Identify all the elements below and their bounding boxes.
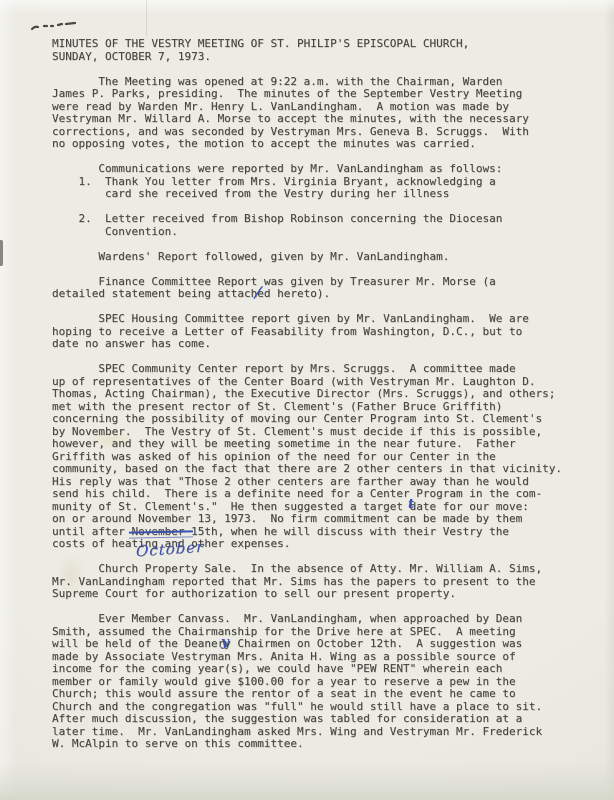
text-line: send his child. There is a definite need… — [52, 488, 592, 501]
page-text: MINUTES OF THE VESTRY MEETING OF ST. PHI… — [52, 38, 592, 763]
text-line: After much discussion, the suggestion wa… — [52, 713, 592, 726]
paragraph-wardens-report: Wardens' Report followed, given by Mr. V… — [52, 251, 592, 264]
text-line: Communications were reported by Mr. VanL… — [52, 163, 592, 176]
paper-crease — [146, 0, 147, 36]
text-line: Vestryman Mr. Willard A. Morse to accept… — [52, 113, 592, 126]
text-line: Wardens' Report followed, given by Mr. V… — [52, 251, 592, 264]
paragraph-church-property-sale: Church Property Sale. In the absence of … — [52, 563, 592, 601]
text-line: card she received from the Vestry during… — [52, 188, 592, 201]
text-line: 2. Letter received from Bishop Robinson … — [52, 213, 592, 226]
text-line: Supreme Court for authorization to sell … — [52, 588, 592, 601]
text-line: MINUTES OF THE VESTRY MEETING OF ST. PHI… — [52, 38, 592, 51]
ink-caret-mark — [253, 286, 272, 299]
ink-correction-te: t — [408, 498, 414, 511]
pen-squiggle-icon — [30, 19, 80, 33]
paragraph-finance-report: Finance Committee Report was given by Tr… — [52, 276, 592, 301]
paragraph-communications-item-2: 2. Letter received from Bishop Robinson … — [52, 213, 592, 238]
paragraph-ever-member-canvass: Ever Member Canvass. Mr. VanLandingham, … — [52, 613, 592, 751]
text-line: W. McAlpin to serve on this committee. — [52, 738, 592, 751]
ink-handwritten-y: y — [221, 636, 229, 649]
text-line: Convention. — [52, 226, 592, 239]
scanned-page: MINUTES OF THE VESTRY MEETING OF ST. PHI… — [0, 0, 614, 800]
text-line: costs of heating and other expenses.Octo… — [52, 538, 592, 551]
text-line: detailed statement being attached hereto… — [52, 288, 592, 301]
handwritten-october: October — [136, 540, 205, 560]
text-line: SPEC Housing Committee report given by M… — [52, 313, 592, 326]
text-line: Church Property Sale. In the absence of … — [52, 563, 592, 576]
paragraph-spec-community-center: SPEC Community Center report by Mrs. Scr… — [52, 363, 592, 551]
text-line: no opposing votes, the motion to accept … — [52, 138, 592, 151]
text-line: community, based on the fact that there … — [52, 463, 592, 476]
text-line: SPEC Community Center report by Mrs. Scr… — [52, 363, 592, 376]
scan-edge-mark — [0, 240, 3, 266]
paragraph-opening: The Meeting was opened at 9:22 a.m. with… — [52, 76, 592, 151]
text-line: Ever Member Canvass. Mr. VanLandingham, … — [52, 613, 592, 626]
text-line: concerning the possibility of moving our… — [52, 413, 592, 426]
paragraph-spec-housing: SPEC Housing Committee report given by M… — [52, 313, 592, 351]
text-line: James P. Parks, presiding. The minutes o… — [52, 88, 592, 101]
text-line: date no answer has come. — [52, 338, 592, 351]
text-line: income for the coming year(s), we could … — [52, 663, 592, 676]
text-line: Church; this would assure the rentor of … — [52, 688, 592, 701]
text-line: Thomas, Acting Chairman), the Executive … — [52, 388, 592, 401]
paragraph-communications: Communications were reported by Mr. VanL… — [52, 163, 592, 201]
text-line: however, and they will be meeting someti… — [52, 438, 592, 451]
text-line: SUNDAY, OCTOBER 7, 1973. — [52, 51, 592, 64]
document-title: MINUTES OF THE VESTRY MEETING OF ST. PHI… — [52, 38, 592, 63]
text-line: on or around November 13, 1973. No firm … — [52, 513, 592, 526]
text-line: will be held of the Deanery Chairmen on … — [52, 638, 592, 651]
